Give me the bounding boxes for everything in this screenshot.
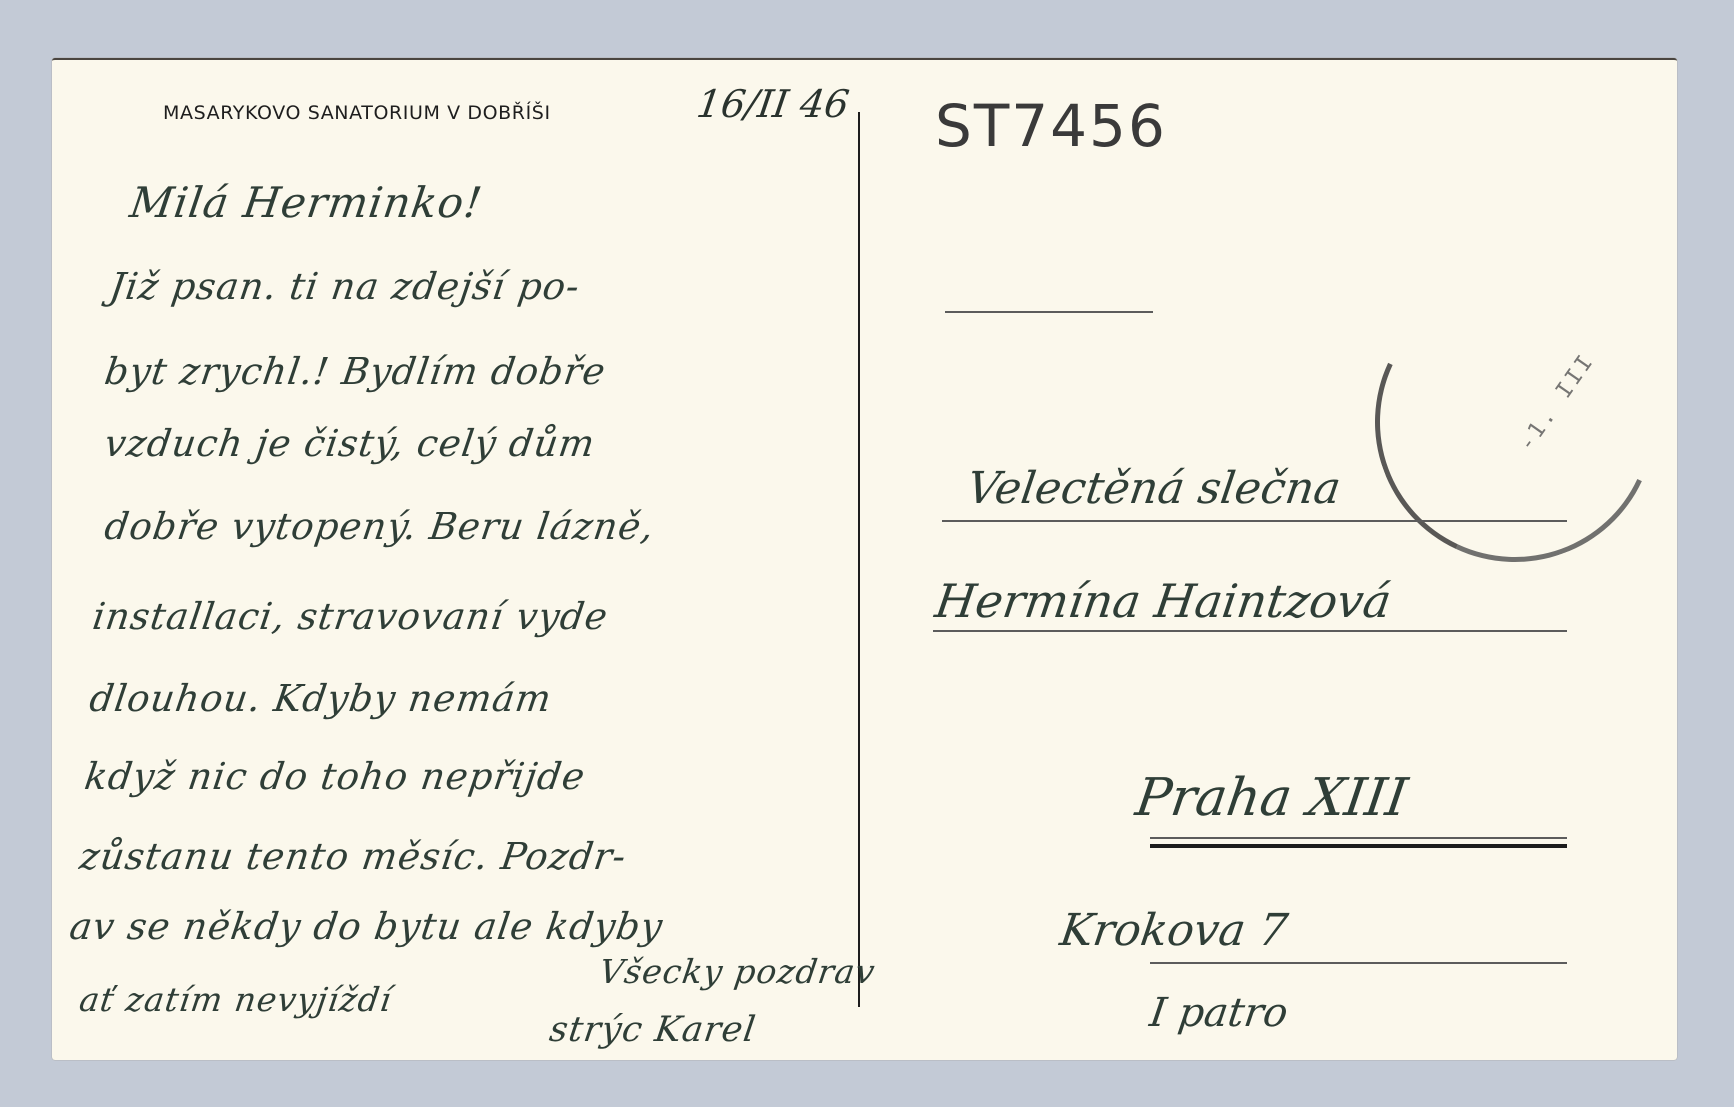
accession-number: ST7456	[935, 92, 1167, 160]
postmark-icon	[1336, 243, 1695, 602]
message-salutation: Milá Herminko!	[127, 178, 486, 227]
vertical-divider	[858, 112, 860, 1007]
address-rule-3	[1150, 837, 1567, 839]
message-line: když nic do toho nepřijde	[82, 755, 588, 798]
message-line: av se někdy do bytu ale kdyby	[67, 905, 666, 948]
message-line: ať zatím nevyjíždí	[77, 980, 394, 1019]
message-closing: Všecky pozdrav	[597, 952, 878, 991]
address-city: Praha XIII	[1132, 768, 1411, 828]
handwritten-date: 16/II 46	[694, 82, 852, 126]
address-salutation: Velectěná slečna	[964, 463, 1344, 514]
message-line: dobře vytopený. Beru lázně,	[102, 505, 657, 548]
message-line: vzduch je čistý, celý dům	[102, 422, 598, 465]
message-line: byt zrychl.! Bydlím dobře	[102, 350, 609, 393]
message-line: dlouhou. Kdyby nemám	[87, 677, 555, 720]
address-rule-1	[942, 520, 1567, 522]
message-line: installaci, stravovaní vyde	[90, 595, 611, 638]
printed-header: MASARYKOVO SANATORIUM V DOBŘÍŠI	[163, 102, 551, 124]
address-street: Krokova 7	[1057, 905, 1291, 956]
address-rule-2	[933, 630, 1567, 632]
message-line: Již psan. ti na zdejší po-	[107, 265, 583, 308]
address-floor: I patro	[1147, 990, 1291, 1036]
stamp-area-rule	[945, 311, 1153, 313]
postcard-back: MASARYKOVO SANATORIUM V DOBŘÍŠI 16/II 46…	[52, 58, 1677, 1060]
address-rule-4	[1150, 962, 1567, 964]
message-line: zůstanu tento měsíc. Pozdr-	[77, 835, 629, 878]
message-signature: strýc Karel	[547, 1010, 759, 1050]
address-rule-3-underline	[1150, 844, 1567, 848]
address-recipient: Hermína Haintzová	[932, 574, 1395, 628]
